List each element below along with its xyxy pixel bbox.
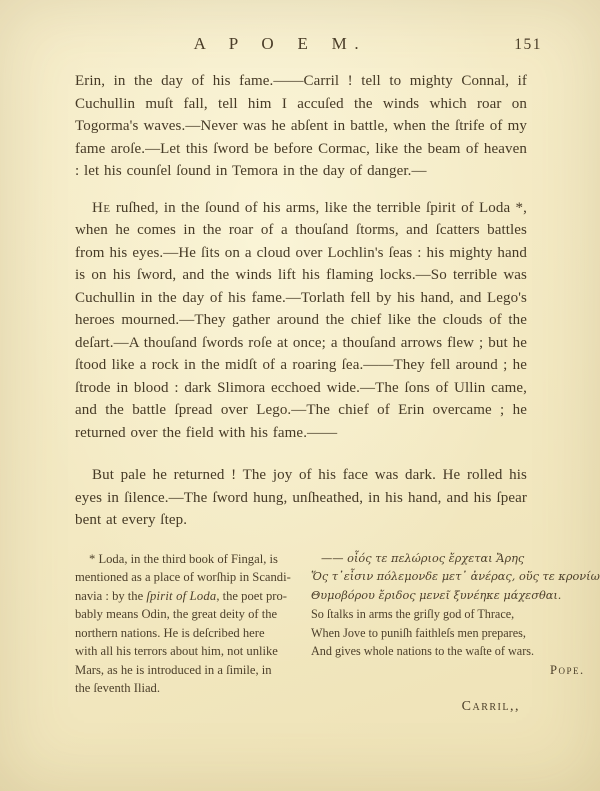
greek-quote-line: Ὅς τ᾽εἶσιν πόλεμονδε μετ᾽ ἀνέρας, οὕς τε… [311, 568, 600, 587]
body-text: Erin, in the day of his fame.——Carril ! … [0, 58, 600, 532]
footnote-line: northern nations. He is deſcribed here [75, 624, 307, 643]
footnote-right-column: —— οἷός τε πελώριος ἔρχεται ἌρηςὍς τ᾽εἶσ… [307, 550, 600, 698]
paragraph: He ruſhed, in the ſound of his arms, lik… [75, 197, 527, 445]
footnote-line: mentioned as a place of worſhip in Scand… [75, 568, 307, 587]
footnote-line: bably means Odin, the great deity of the [75, 605, 307, 624]
running-title: A P O E M. [0, 34, 560, 54]
paragraph-lead-word: He [92, 200, 111, 216]
footnote-section: * Loda, in the third book of Fingal, ism… [75, 550, 530, 698]
catchword: Carril,, [462, 699, 520, 715]
footnote-line: navia : by the ſpirit of Loda, the poet … [75, 587, 307, 606]
translation-line: When Jove to puniſh faithleſs men prepar… [311, 624, 600, 643]
footnote-line: * Loda, in the third book of Fingal, is [75, 550, 307, 569]
translation-line: And gives whole nations to the waſte of … [311, 642, 600, 661]
greek-quote-line: —— οἷός τε πελώριος ἔρχεται Ἄρης [311, 550, 600, 569]
footnote-line: the ſeventh Iliad. [75, 679, 307, 698]
footnote-left-column: * Loda, in the third book of Fingal, ism… [75, 550, 307, 698]
page-header: A P O E M. 151 [0, 0, 600, 58]
page-number: 151 [514, 36, 542, 54]
footnote-line: Mars, as he is introduced in a ſimile, i… [75, 661, 307, 680]
translation-line: So ſtalks in arms the griſly god of Thra… [311, 605, 600, 624]
paragraph: Erin, in the day of his fame.——Carril ! … [75, 70, 527, 183]
attribution: Pope. [311, 661, 600, 680]
footnote-line: with all his terrors about him, not unli… [75, 642, 307, 661]
scanned-book-page: A P O E M. 151 Erin, in the day of his f… [0, 0, 600, 791]
paragraph: But pale he returned ! The joy of his fa… [75, 464, 527, 532]
greek-quote-line: Θυμοβόρου ἔριδος μενεῖ ξυνέηκε μάχεσθαι. [311, 587, 600, 606]
